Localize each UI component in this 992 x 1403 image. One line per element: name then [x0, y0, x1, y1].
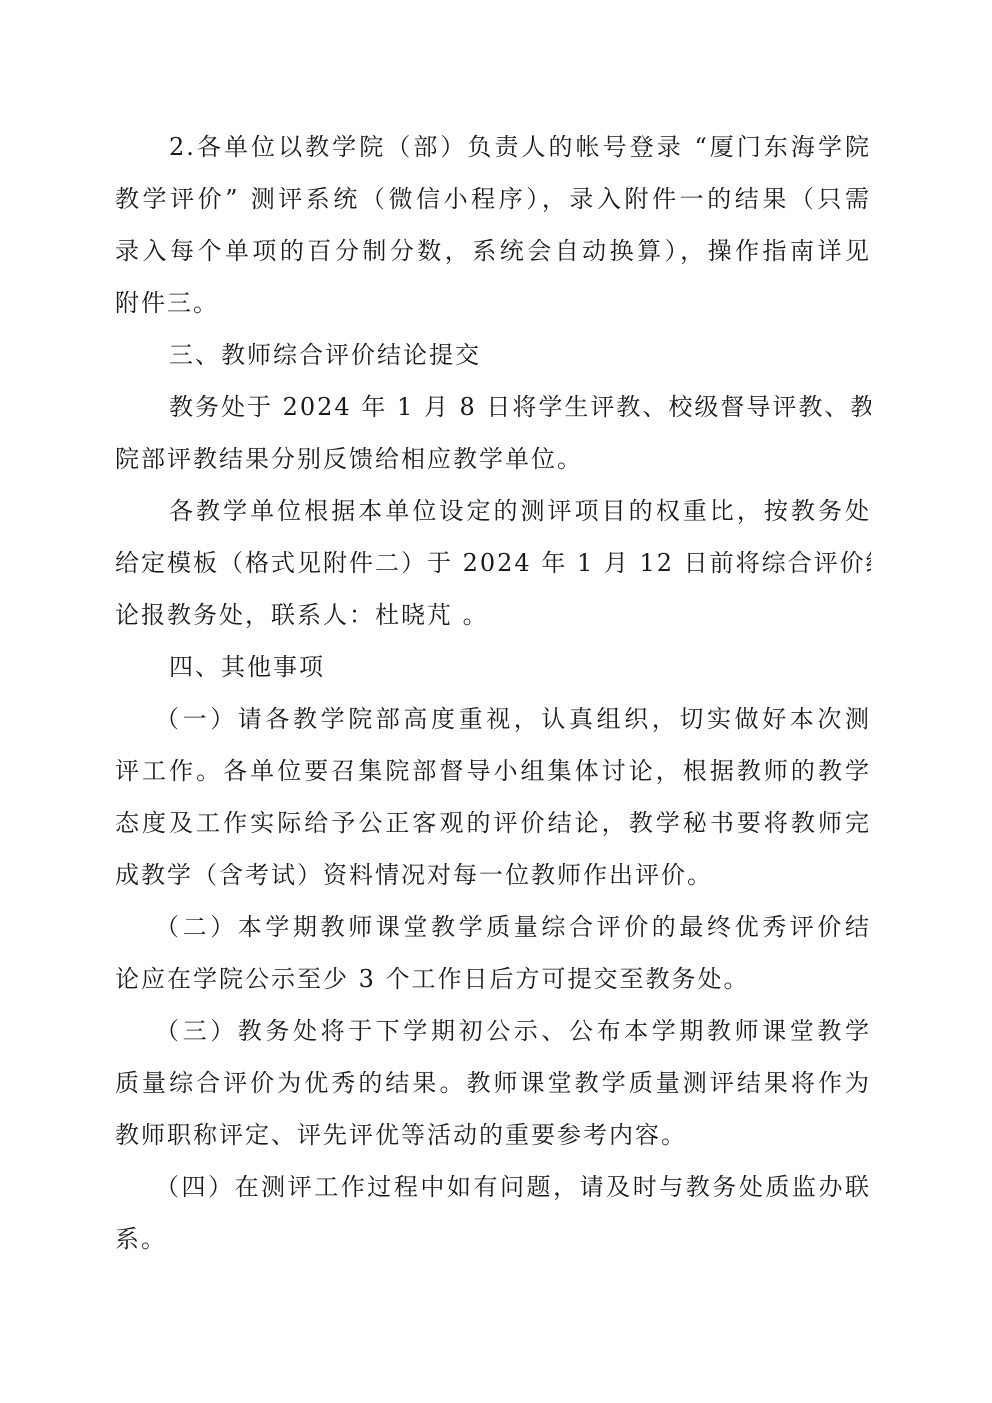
text-line: 系。 — [115, 1213, 871, 1265]
section-heading-4: 四、其他事项 — [115, 641, 871, 693]
text-line: 论应在学院公示至少 3 个工作日后方可提交至教务处。 — [115, 953, 871, 1005]
paragraph-feedback: 教务处于 2024 年 1 月 8 日将学生评教、校级督导评教、教学 院部评教结… — [115, 381, 871, 485]
section-heading-text: 三、教师综合评价结论提交 — [115, 329, 871, 381]
paragraph-login-instructions: 2.各单位以教学院（部）负责人的帐号登录 “厦门东海学院 教学评价” 测评系统（… — [115, 121, 871, 329]
text-line: 院部评教结果分别反馈给相应教学单位。 — [115, 433, 871, 485]
paragraph-other-item-2: （二）本学期教师课堂教学质量综合评价的最终优秀评价结 论应在学院公示至少 3 个… — [115, 901, 871, 1005]
paragraph-other-item-1: （一）请各教学院部高度重视，认真组织，切实做好本次测 评工作。各单位要召集院部督… — [115, 693, 871, 901]
text-line: 成教学（含考试）资料情况对每一位教师作出评价。 — [115, 849, 871, 901]
paragraph-other-item-3: （三）教务处将于下学期初公示、公布本学期教师课堂教学 质量综合评价为优秀的结果。… — [115, 1005, 871, 1161]
text-line: 录入每个单项的百分制分数，系统会自动换算），操作指南详见 — [115, 225, 871, 277]
text-line: （二）本学期教师课堂教学质量综合评价的最终优秀评价结 — [115, 901, 871, 953]
paragraph-other-item-4: （四）在测评工作过程中如有问题，请及时与教务处质监办联 系。 — [115, 1161, 871, 1265]
section-heading-text: 四、其他事项 — [115, 641, 871, 693]
text-line: 评工作。各单位要召集院部督导小组集体讨论，根据教师的教学 — [115, 745, 871, 797]
text-line: （四）在测评工作过程中如有问题，请及时与教务处质监办联 — [115, 1161, 871, 1213]
text-line: 教师职称评定、评先评优等活动的重要参考内容。 — [115, 1109, 871, 1161]
document-body: 2.各单位以教学院（部）负责人的帐号登录 “厦门东海学院 教学评价” 测评系统（… — [115, 121, 871, 1265]
text-line: 各教学单位根据本单位设定的测评项目的权重比，按教务处 — [115, 485, 871, 537]
text-line: 论报教务处，联系人：杜晓芃 。 — [115, 589, 871, 641]
section-heading-3: 三、教师综合评价结论提交 — [115, 329, 871, 381]
text-line: 2.各单位以教学院（部）负责人的帐号登录 “厦门东海学院 — [115, 121, 871, 173]
paragraph-submit-conclusion: 各教学单位根据本单位设定的测评项目的权重比，按教务处 给定模板（格式见附件二）于… — [115, 485, 871, 641]
text-line: 教学评价” 测评系统（微信小程序），录入附件一的结果（只需 — [115, 173, 871, 225]
text-line: 附件三。 — [115, 277, 871, 329]
text-line: 态度及工作实际给予公正客观的评价结论，教学秘书要将教师完 — [115, 797, 871, 849]
text-line: 教务处于 2024 年 1 月 8 日将学生评教、校级督导评教、教学 — [115, 381, 871, 433]
text-line: （三）教务处将于下学期初公示、公布本学期教师课堂教学 — [115, 1005, 871, 1057]
text-line: （一）请各教学院部高度重视，认真组织，切实做好本次测 — [115, 693, 871, 745]
document-page: 2.各单位以教学院（部）负责人的帐号登录 “厦门东海学院 教学评价” 测评系统（… — [0, 0, 992, 1403]
text-line: 质量综合评价为优秀的结果。教师课堂教学质量测评结果将作为 — [115, 1057, 871, 1109]
text-line: 给定模板（格式见附件二）于 2024 年 1 月 12 日前将综合评价结 — [115, 537, 871, 589]
